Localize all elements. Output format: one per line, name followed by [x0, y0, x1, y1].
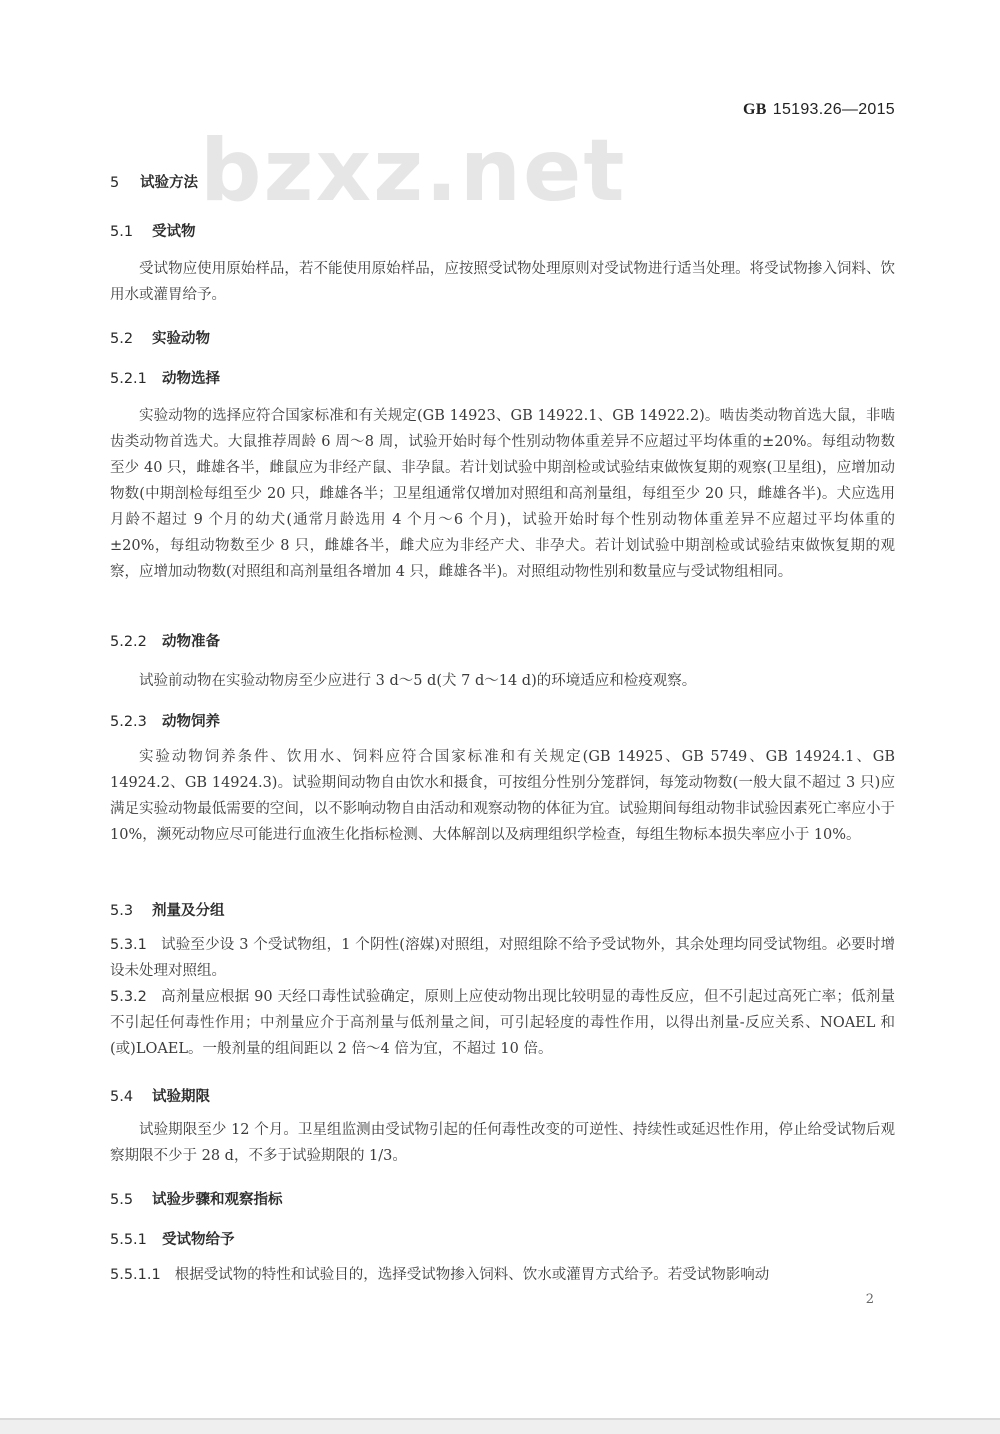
heading-5: 5试验方法 [110, 171, 198, 192]
paragraph-5-2-3: 实验动物饲养条件、饮用水、饲料应符合国家标准和有关规定(GB 14925、GB … [110, 744, 895, 848]
heading-title: 试验步骤和观察指标 [152, 1192, 283, 1208]
heading-title: 动物选择 [162, 371, 220, 387]
heading-5-2-1: 5.2.1动物选择 [110, 367, 220, 388]
viewer-bottom-bar [0, 1418, 1000, 1434]
heading-5-2-3: 5.2.3动物饲养 [110, 710, 220, 731]
heading-number: 5.4 [110, 1089, 152, 1105]
paragraph-5-4: 试验期限至少 12 个月。卫星组监测由受试物引起的任何毒性改变的可逆性、持续性或… [110, 1117, 895, 1169]
heading-number: 5.2.1 [110, 371, 162, 387]
clause-number: 5.3.2 [110, 984, 147, 1010]
heading-title: 试验方法 [140, 175, 198, 191]
standard-prefix: GB [743, 101, 767, 118]
page-number: 2 [866, 1292, 874, 1307]
standard-number: 15193.26—2015 [773, 101, 895, 118]
paragraph-5-2-1: 实验动物的选择应符合国家标准和有关规定(GB 14923、GB 14922.1、… [110, 403, 895, 585]
heading-number: 5.5.1 [110, 1232, 162, 1248]
heading-number: 5.1 [110, 224, 152, 240]
document-page: GB15193.26—2015 bzxz.net 5试验方法 5.1受试物 受试… [0, 0, 1000, 1400]
paragraph-5-2-2: 试验前动物在实验动物房至少应进行 3 d～5 d(犬 7 d～14 d)的环境适… [110, 668, 895, 694]
heading-5-5-1: 5.5.1受试物给予 [110, 1228, 235, 1249]
standard-code-header: GB15193.26—2015 [743, 101, 895, 119]
paragraph-5-1: 受试物应使用原始样品，若不能使用原始样品，应按照受试物处理原则对受试物进行适当处… [110, 256, 895, 308]
heading-number: 5.2 [110, 331, 152, 347]
heading-5-2-2: 5.2.2动物准备 [110, 630, 220, 651]
clause-number: 5.5.1.1 [110, 1262, 161, 1288]
watermark: bzxz.net [200, 128, 626, 214]
clause-text: 试验至少设 3 个受试物组，1 个阴性(溶媒)对照组，对照组除不给予受试物外，其… [110, 937, 895, 979]
clause-number: 5.3.1 [110, 932, 147, 958]
paragraph-5-5-1-1: 5.5.1.1根据受试物的特性和试验目的，选择受试物掺入饲料、饮水或灌胃方式给予… [110, 1262, 895, 1288]
heading-5-2: 5.2实验动物 [110, 327, 210, 348]
heading-title: 受试物给予 [162, 1232, 235, 1248]
clause-text: 高剂量应根据 90 天经口毒性试验确定，原则上应使动物出现比较明显的毒性反应，但… [110, 989, 895, 1057]
paragraph-5-3-1: 5.3.1试验至少设 3 个受试物组，1 个阴性(溶媒)对照组，对照组除不给予受… [110, 932, 895, 984]
heading-number: 5.2.2 [110, 634, 162, 650]
heading-title: 剂量及分组 [152, 903, 225, 919]
heading-number: 5.2.3 [110, 714, 162, 730]
heading-5-3: 5.3剂量及分组 [110, 899, 225, 920]
heading-5-4: 5.4试验期限 [110, 1085, 210, 1106]
heading-title: 受试物 [152, 224, 196, 240]
heading-title: 动物饲养 [162, 714, 220, 730]
heading-number: 5 [110, 175, 140, 191]
clause-text: 根据受试物的特性和试验目的，选择受试物掺入饲料、饮水或灌胃方式给予。若受试物影响… [175, 1267, 770, 1283]
heading-5-1: 5.1受试物 [110, 220, 196, 241]
heading-number: 5.5 [110, 1192, 152, 1208]
heading-title: 实验动物 [152, 331, 210, 347]
heading-title: 试验期限 [152, 1089, 210, 1105]
heading-number: 5.3 [110, 903, 152, 919]
paragraph-5-3-2: 5.3.2高剂量应根据 90 天经口毒性试验确定，原则上应使动物出现比较明显的毒… [110, 984, 895, 1062]
heading-5-5: 5.5试验步骤和观察指标 [110, 1188, 283, 1209]
heading-title: 动物准备 [162, 634, 220, 650]
